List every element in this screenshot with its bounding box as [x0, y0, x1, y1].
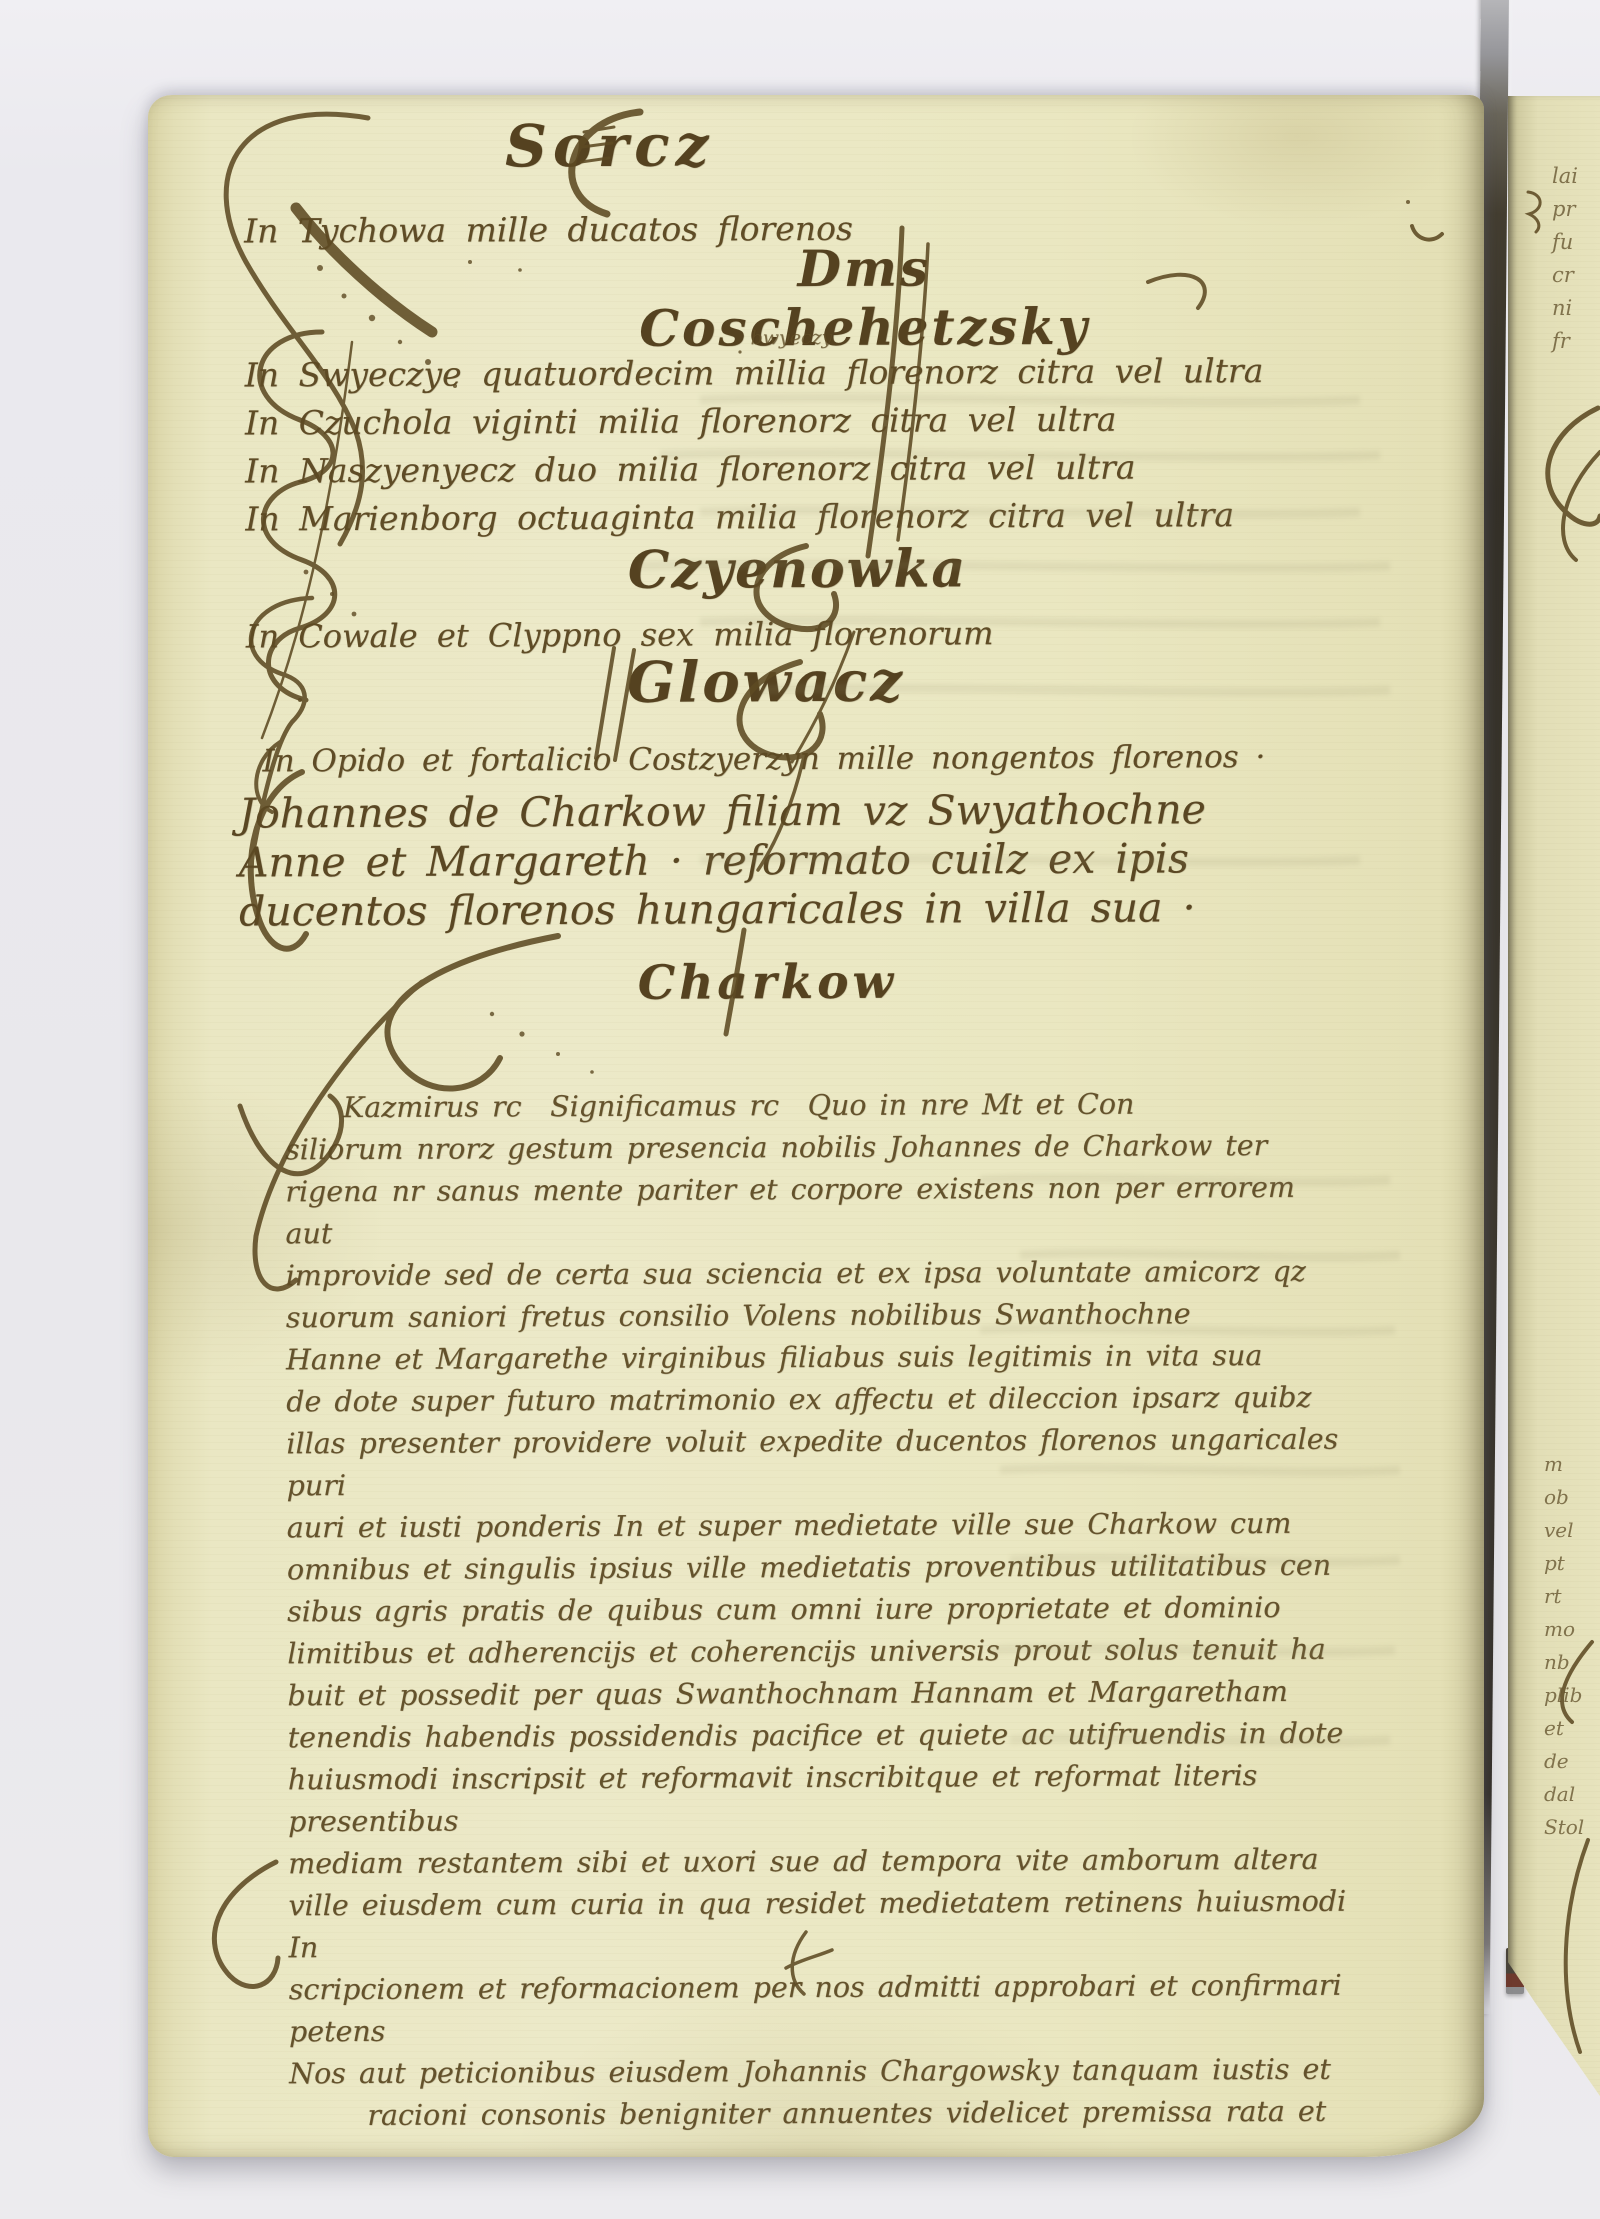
charter-line: limitibus et adherencijs et coherencijs … [287, 1629, 1345, 1676]
text-fragment: fu [1552, 226, 1578, 259]
entry-line-opido: In Opido et fortalicio Costzyerzyn mille… [262, 739, 1265, 779]
entry-line: In Marienborg octuaginta milia florenorz… [245, 491, 1264, 543]
charter-line: ville eiusdem cum curia in qua residet m… [288, 1881, 1346, 1970]
facing-page-fragments-top: laiprfucrnifr [1552, 160, 1578, 358]
entry-lines-group: In Swyeczye quatuordecim millia florenor… [245, 347, 1264, 543]
section-heading-glowacz: Glowacz [466, 648, 1066, 717]
charter-line: mediam restantem sibi et uxori sue ad te… [288, 1839, 1346, 1886]
text-fragment: lai [1552, 160, 1578, 193]
section-heading-charkow: Charkow [467, 954, 1067, 1012]
charter-line: scripcionem et reformacionem per nos adm… [289, 1965, 1347, 2054]
charter-text-block: Kazmirus rc Significamus rc Quo in nre M… [285, 1083, 1348, 2138]
charter-line: improvide sed de certa sua sciencia et e… [286, 1251, 1344, 1298]
charter-line: tenendis habendis possidendis pacifice e… [288, 1713, 1346, 1760]
page-heading-sorcz: Sorcz [390, 111, 830, 181]
text-fragment: et [1544, 1712, 1584, 1745]
charter-line: Hanne et Margarethe virginibus filiabus … [286, 1335, 1344, 1382]
section-heading-czyenowka: Czyenowka [497, 538, 1097, 602]
charter-line: racioni consonis benigniter annuentes vi… [289, 2091, 1347, 2138]
entry-line: In Czuchola viginti milia florenorz citr… [245, 395, 1264, 447]
section-heading-dominus: Dms Coschehetzsky [564, 237, 1165, 358]
text-fragment: mo [1544, 1613, 1584, 1646]
grant-line: ducentos florenos hungaricales in villa … [239, 883, 1206, 936]
grant-line: Johannes de Charkow filiam vz Swyathochn… [239, 785, 1206, 838]
text-fragment: Stol [1544, 1811, 1584, 1844]
interlinear-note: bwyeczy [751, 327, 833, 349]
entry-line: In Swyeczye quatuordecim millia florenor… [245, 347, 1264, 399]
grant-line: Anne et Margareth · reformato cuilz ex i… [239, 834, 1206, 887]
charter-line: rigena nr sanus mente pariter et corpore… [285, 1167, 1343, 1256]
text-fragment: nb [1544, 1646, 1584, 1679]
charter-line: sibus agris pratis de quibus cum omni iu… [287, 1587, 1345, 1634]
charter-line: de dote super futuro matrimonio ex affec… [286, 1377, 1344, 1424]
manuscript-page: Sorcz In Tychowa mille ducatos florenos … [148, 95, 1484, 2157]
text-fragment: fr [1552, 325, 1578, 358]
grant-entry-group: Johannes de Charkow filiam vz Swyathochn… [239, 785, 1207, 936]
charter-line: omnibus et singulis ipsius ville medieta… [287, 1545, 1345, 1592]
text-fragment: pr [1552, 193, 1578, 226]
manuscript-scan: Sorcz In Tychowa mille ducatos florenos … [0, 0, 1600, 2219]
text-fragment: ni [1552, 292, 1578, 325]
text-fragment: ob [1544, 1481, 1584, 1514]
text-fragment: pt [1544, 1547, 1584, 1580]
entry-line: In Naszyenyecz duo milia florenorz citra… [245, 443, 1264, 495]
text-fragment: rt [1544, 1580, 1584, 1613]
text-fragment: vel [1544, 1514, 1584, 1547]
page-text-layer: Sorcz In Tychowa mille ducatos florenos … [144, 92, 1489, 2160]
text-fragment: dal [1544, 1778, 1584, 1811]
text-fragment: plib [1544, 1679, 1584, 1712]
charter-line: illas presenter providere voluit expedit… [286, 1419, 1344, 1508]
charter-line: siliorum nrorz gestum presencia nobilis … [285, 1125, 1343, 1172]
text-fragment: de [1544, 1745, 1584, 1778]
charter-line: huiusmodi inscripsit et reformavit inscr… [288, 1755, 1346, 1844]
charter-line: Nos aut peticionibus eiusdem Johannis Ch… [289, 2049, 1347, 2096]
facing-page-fragments-bottom: mobvelptrtmonbplibetdedalStol [1544, 1448, 1584, 1844]
charter-line: suorum saniori fretus consilio Volens no… [286, 1293, 1344, 1340]
text-fragment: cr [1552, 259, 1578, 292]
charter-line: Kazmirus rc Significamus rc Quo in nre M… [285, 1083, 1343, 1130]
facing-page-edge: laiprfucrnifr mobvelptrtmonbplibetdedalS… [1508, 96, 1600, 2158]
charter-line: buit et possedit per quas Swanthochnam H… [287, 1671, 1345, 1718]
charter-line: auri et iusti ponderis In et super medie… [287, 1503, 1345, 1550]
text-fragment: m [1544, 1448, 1584, 1481]
